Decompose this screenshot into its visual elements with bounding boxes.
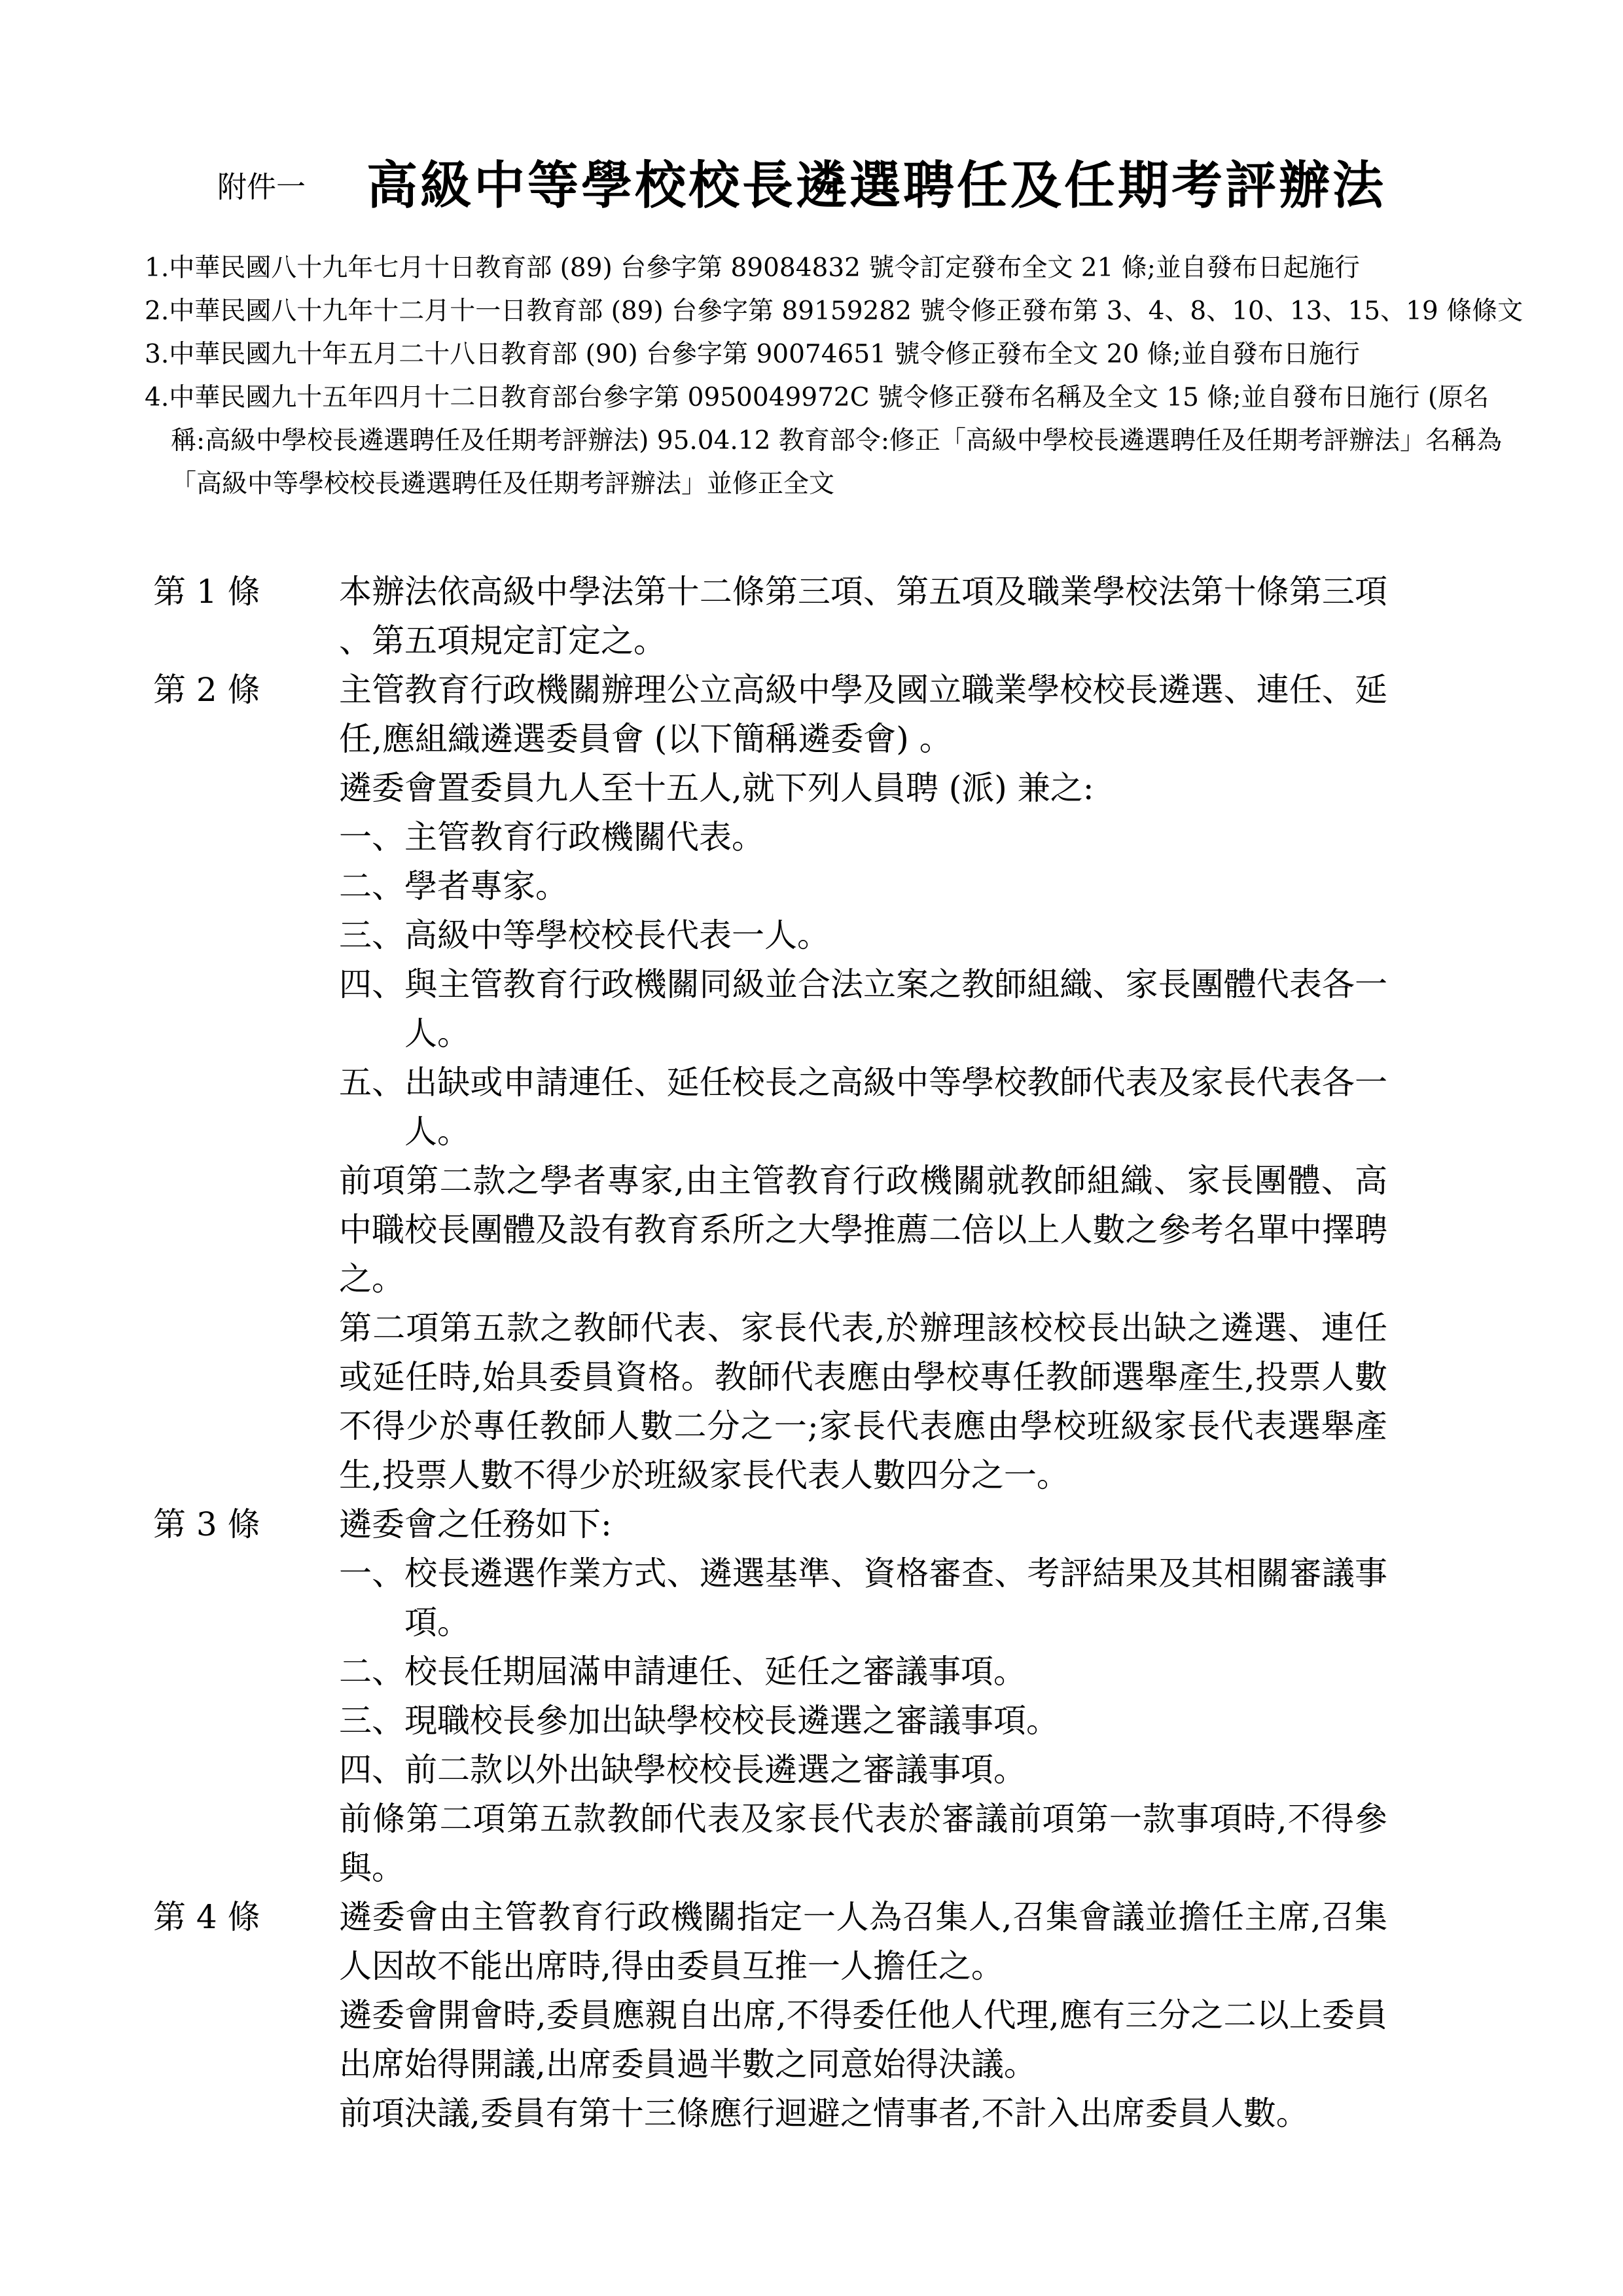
attachment-label: 附件一	[217, 169, 306, 206]
article-list-item: 四、前二款以外出缺學校校長遴選之審議事項。	[339, 1746, 1387, 1795]
article-number-label: 第 2 條	[153, 666, 260, 715]
article-content: 遴委會由主管教育行政機關指定一人為召集人,召集會議並擔任主席,召集人因故不能出席…	[339, 1893, 1387, 2138]
amendment-history-line: 稱:高級中學校長遴選聘任及任期考評辦法) 95.04.12 教育部令:修正「高級…	[145, 420, 1545, 463]
article-paragraph: 本辦法依高級中學法第十二條第三項、第五項及職業學校法第十條第三項、第五項規定訂定…	[339, 567, 1387, 666]
article-paragraph: 遴委會置委員九人至十五人,就下列人員聘 (派) 兼之:	[339, 764, 1387, 813]
article-list-item: 三、現職校長參加出缺學校校長遴選之審議事項。	[339, 1696, 1387, 1746]
article-number-label: 第 4 條	[153, 1893, 260, 1942]
article-paragraph: 主管教育行政機關辦理公立高級中學及國立職業學校校長遴選、連任、延任,應組織遴選委…	[339, 666, 1387, 764]
page-title: 高級中等學校校長遴選聘任及任期考評辦法	[366, 154, 1386, 217]
amendment-history-line: 1.中華民國八十九年七月十日教育部 (89) 台參字第 89084832 號令訂…	[145, 247, 1545, 290]
amendment-history-line: 3.中華民國九十年五月二十八日教育部 (90) 台參字第 90074651 號令…	[145, 333, 1545, 376]
article-list-item: 五、出缺或申請連任、延任校長之高級中等學校教師代表及家長代表各一人。	[339, 1058, 1387, 1157]
amendment-history-line: 「高級中等學校校長遴選聘任及任期考評辦法」並修正全文	[145, 463, 1545, 506]
article-list-item: 二、校長任期屆滿申請連任、延任之審議事項。	[339, 1647, 1387, 1696]
article-number-label: 第 3 條	[153, 1500, 260, 1549]
article-paragraph: 遴委會由主管教育行政機關指定一人為召集人,召集會議並擔任主席,召集人因故不能出席…	[339, 1893, 1387, 1991]
article-paragraph: 前條第二項第五款教師代表及家長代表於審議前項第一款事項時,不得參與。	[339, 1795, 1387, 1893]
article-content: 主管教育行政機關辦理公立高級中學及國立職業學校校長遴選、連任、延任,應組織遴選委…	[339, 666, 1387, 1500]
article-list-item: 二、學者專家。	[339, 862, 1387, 911]
regulation-articles: 第 1 條本辦法依高級中學法第十二條第三項、第五項及職業學校法第十條第三項、第五…	[153, 567, 1410, 2138]
article-number-label: 第 1 條	[153, 567, 260, 617]
article-content: 遴委會之任務如下:一、校長遴選作業方式、遴選基準、資格審查、考評結果及其相關審議…	[339, 1500, 1387, 1893]
amendment-history: 1.中華民國八十九年七月十日教育部 (89) 台參字第 89084832 號令訂…	[145, 247, 1545, 506]
article-list-item: 一、校長遴選作業方式、遴選基準、資格審查、考評結果及其相關審議事項。	[339, 1549, 1387, 1647]
article: 第 1 條本辦法依高級中學法第十二條第三項、第五項及職業學校法第十條第三項、第五…	[153, 567, 1410, 666]
article-content: 本辦法依高級中學法第十二條第三項、第五項及職業學校法第十條第三項、第五項規定訂定…	[339, 567, 1387, 666]
amendment-history-line: 4.中華民國九十五年四月十二日教育部台參字第 0950049972C 號令修正發…	[145, 376, 1545, 420]
article-paragraph: 前項決議,委員有第十三條應行迴避之情事者,不計入出席委員人數。	[339, 2089, 1387, 2138]
article-paragraph: 前項第二款之學者專家,由主管教育行政機關就教師組織、家長團體、高中職校長團體及設…	[339, 1157, 1387, 1304]
article-paragraph: 遴委會之任務如下:	[339, 1500, 1387, 1549]
article: 第 2 條主管教育行政機關辦理公立高級中學及國立職業學校校長遴選、連任、延任,應…	[153, 666, 1410, 1500]
amendment-history-line: 2.中華民國八十九年十二月十一日教育部 (89) 台參字第 89159282 號…	[145, 290, 1545, 333]
article-list-item: 四、與主管教育行政機關同級並合法立案之教師組織、家長團體代表各一人。	[339, 960, 1387, 1058]
article: 第 4 條遴委會由主管教育行政機關指定一人為召集人,召集會議並擔任主席,召集人因…	[153, 1893, 1410, 2138]
document-page: 附件一 高級中等學校校長遴選聘任及任期考評辦法 1.中華民國八十九年七月十日教育…	[0, 0, 1623, 2296]
article-paragraph: 遴委會開會時,委員應親自出席,不得委任他人代理,應有三分之二以上委員出席始得開議…	[339, 1991, 1387, 2089]
article-list-item: 一、主管教育行政機關代表。	[339, 813, 1387, 862]
article: 第 3 條遴委會之任務如下:一、校長遴選作業方式、遴選基準、資格審查、考評結果及…	[153, 1500, 1410, 1893]
article-paragraph: 第二項第五款之教師代表、家長代表,於辦理該校校長出缺之遴選、連任或延任時,始具委…	[339, 1304, 1387, 1500]
article-list-item: 三、高級中等學校校長代表一人。	[339, 911, 1387, 960]
